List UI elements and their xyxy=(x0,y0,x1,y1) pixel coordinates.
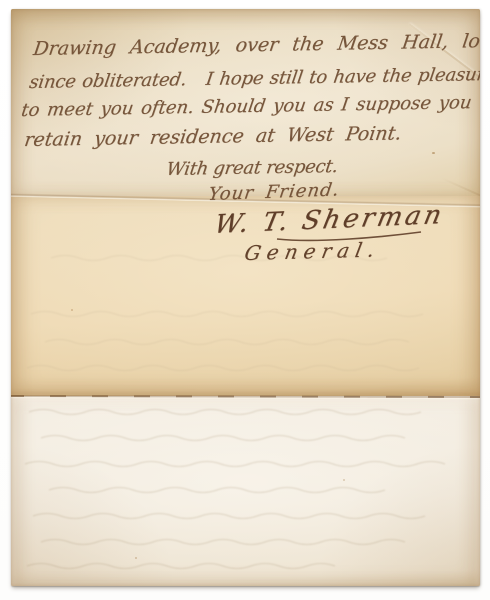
photo-background: Drawing Academy, over the Mess Hall, lon… xyxy=(0,0,490,600)
handwriting-line-4: retain your residence at West Point. xyxy=(23,124,403,150)
handwriting-line-1: Drawing Academy, over the Mess Hall, lon… xyxy=(32,32,480,59)
closing-respect-line: With great respect. xyxy=(165,158,339,179)
letter-page: Drawing Academy, over the Mess Hall, lon… xyxy=(11,9,480,586)
handwriting-layer: Drawing Academy, over the Mess Hall, lon… xyxy=(11,9,480,586)
closing-friend-line: Your Friend. xyxy=(207,181,341,204)
signature: W. T. Sherman xyxy=(212,202,447,238)
signature-title: General. xyxy=(243,239,382,263)
handwriting-line-2: since obliterated. I hope still to have … xyxy=(28,66,480,92)
handwriting-line-3: to meet you often. Should you as I suppo… xyxy=(20,93,480,120)
